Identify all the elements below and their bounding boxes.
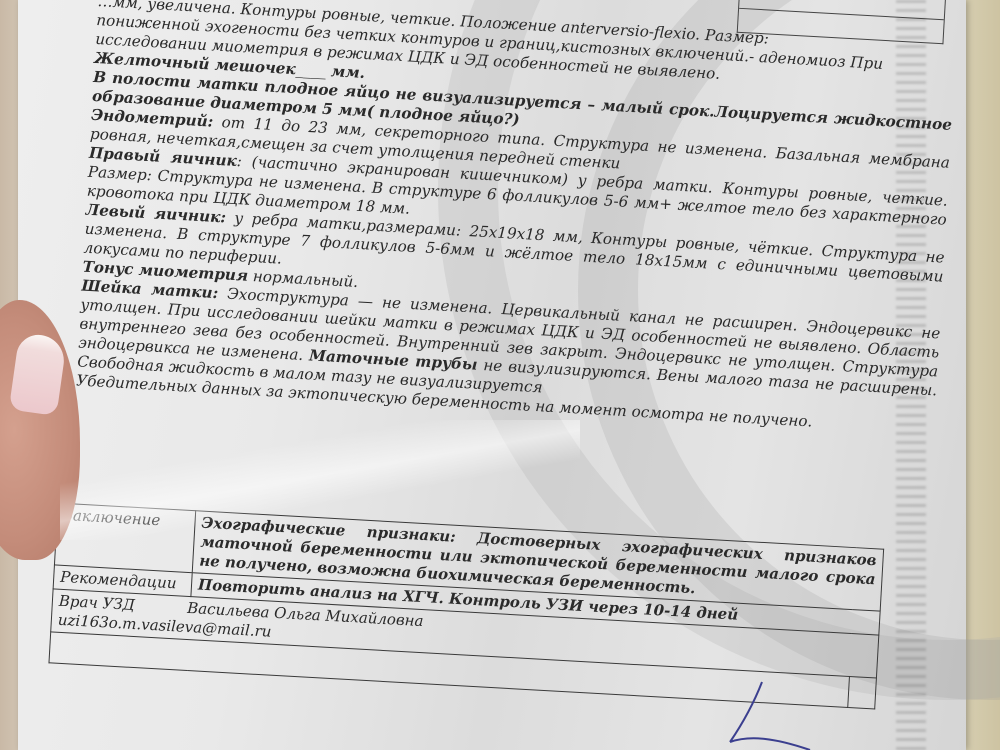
signature-icon <box>700 680 820 750</box>
signature-cell <box>847 676 876 708</box>
ultrasound-report-page: …мм, увеличена. Контуры ровные, четкие. … <box>76 0 957 438</box>
conclusion-label: Заключение <box>54 503 195 573</box>
yolk-sac-blank: ____ <box>295 60 326 80</box>
yolk-sac-unit: мм. <box>330 62 365 82</box>
